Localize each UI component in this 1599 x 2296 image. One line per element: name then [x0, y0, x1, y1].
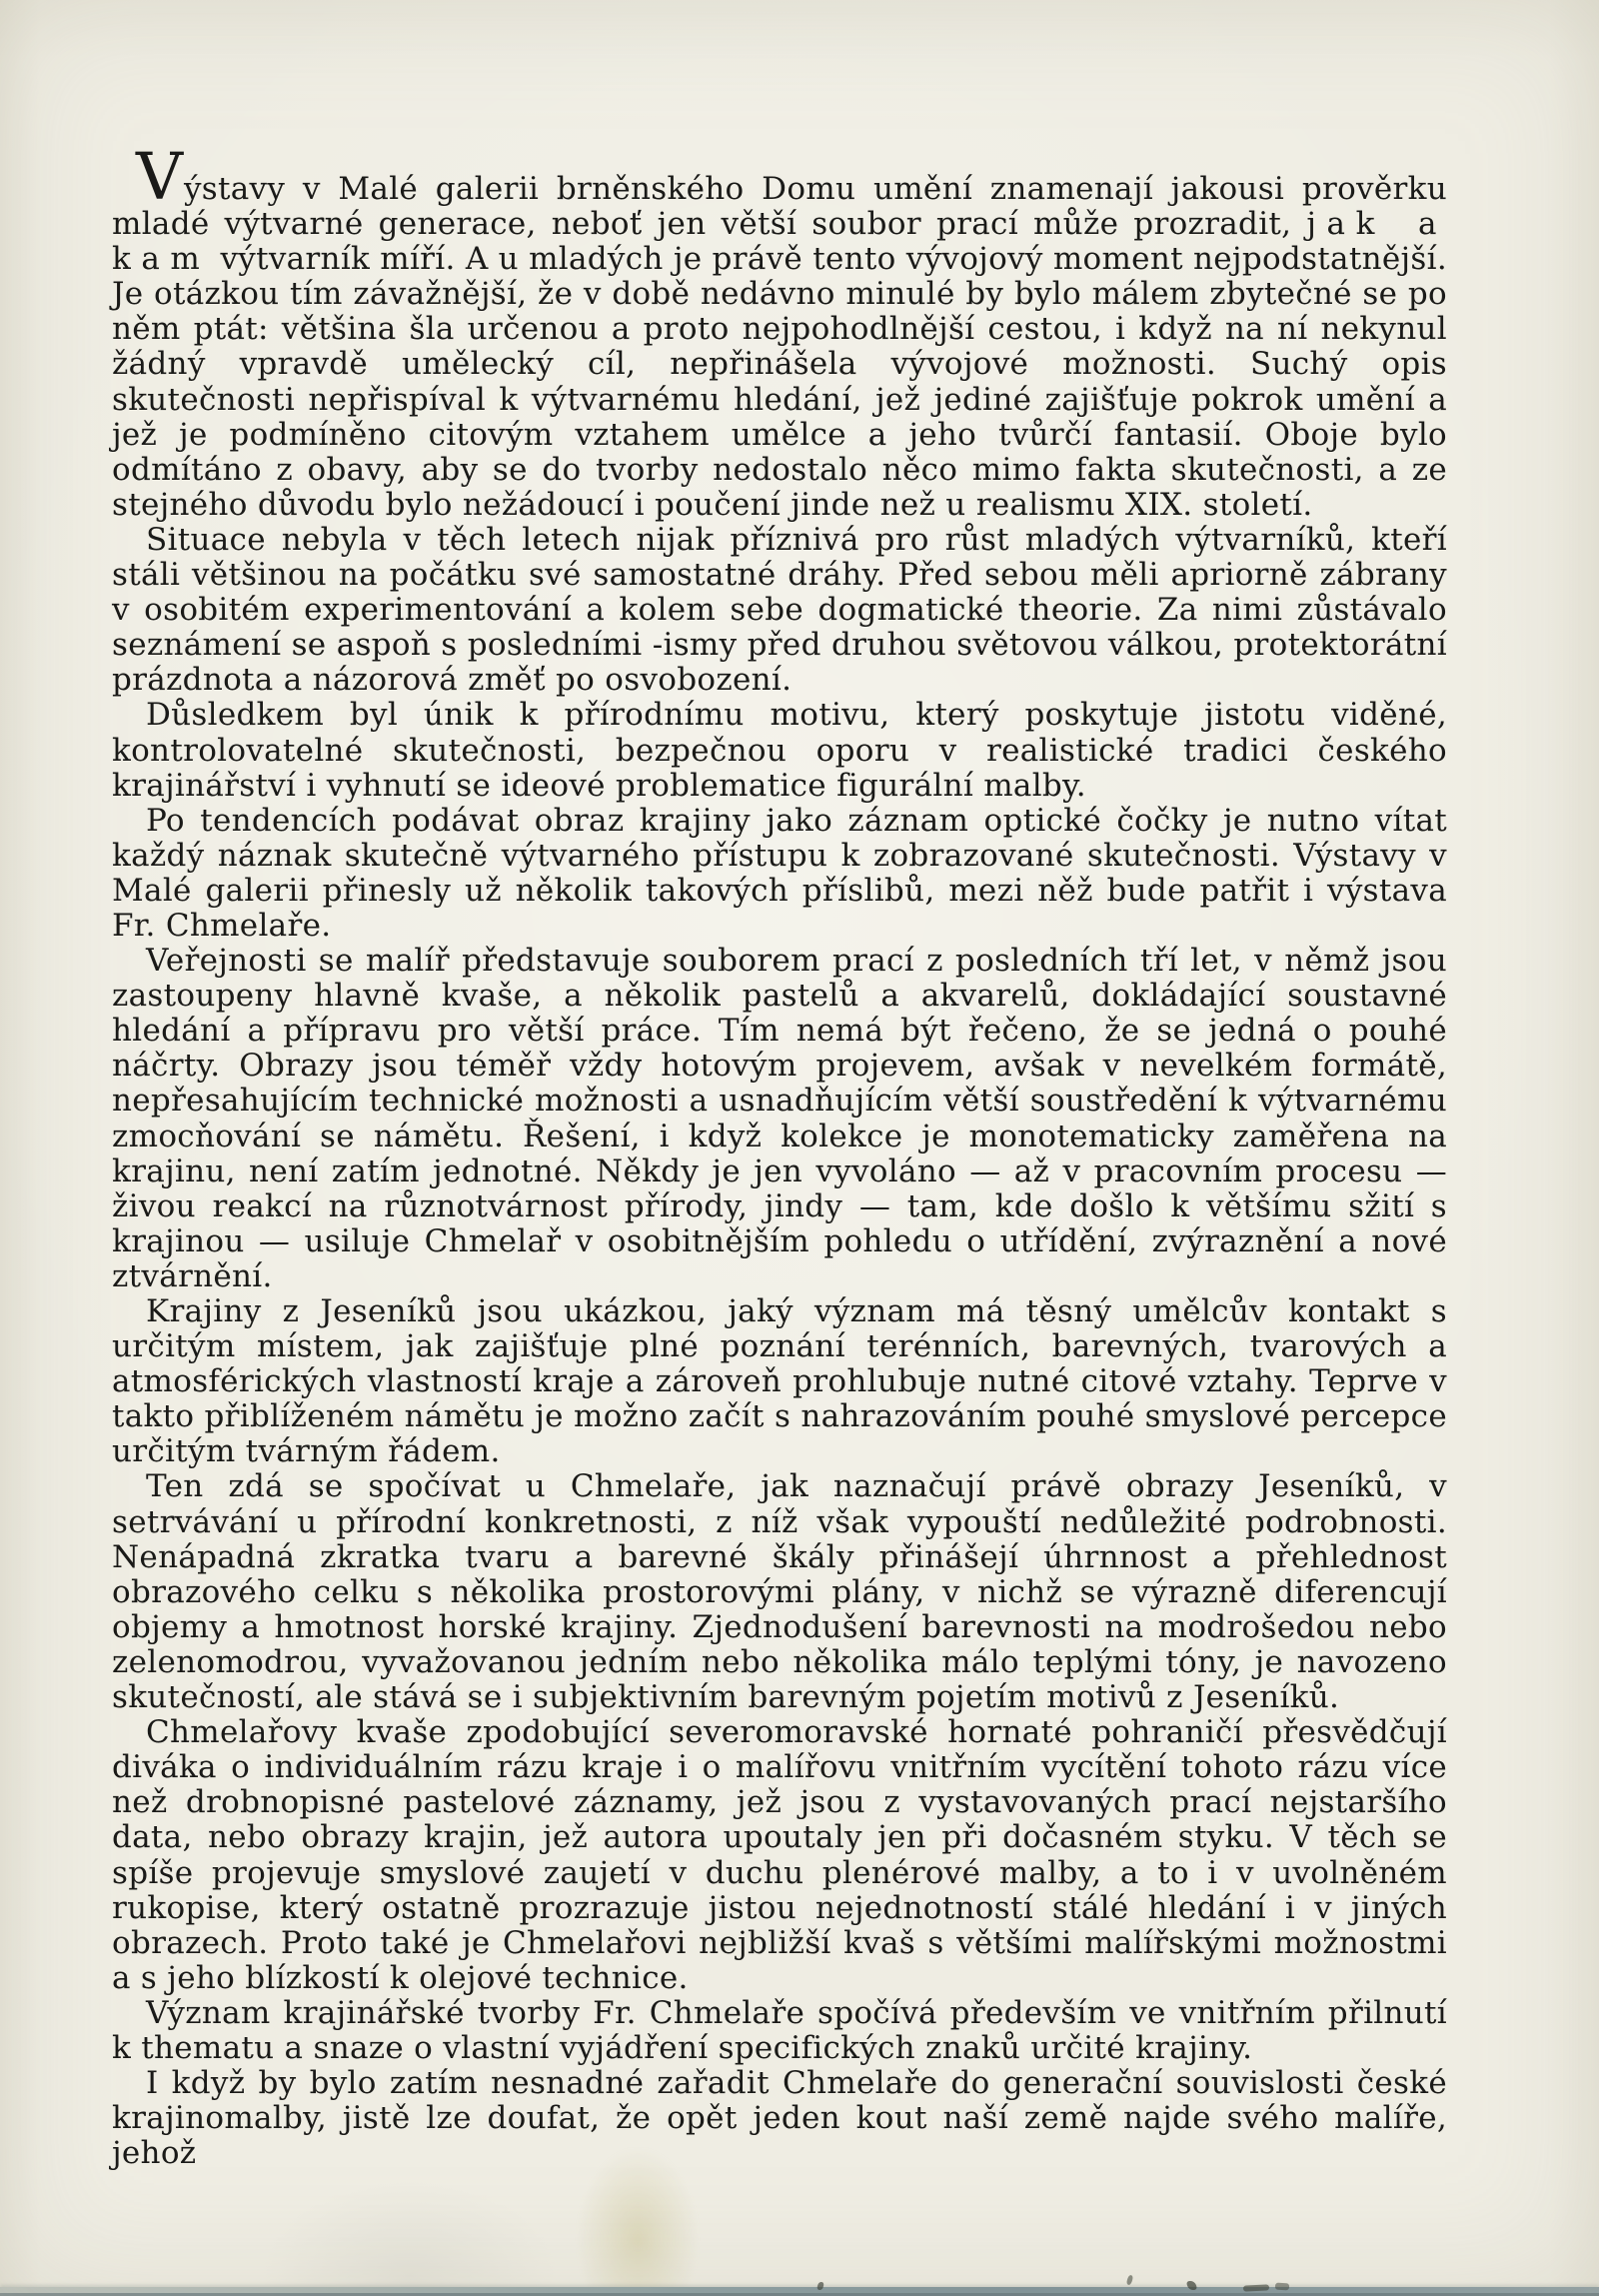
paragraph: Situace nebyla v těch letech nijak přízn…: [112, 523, 1447, 698]
paragraph: Ten zdá se spočívat u Chmelaře, jak nazn…: [112, 1469, 1447, 1715]
scanned-page: Výstavy v Malé galerii brněnského Domu u…: [0, 0, 1599, 2296]
paragraph-text: výtvarník míří. A u mladých je právě ten…: [112, 241, 1447, 523]
scan-speck: [1126, 2274, 1134, 2285]
paragraph: Po tendencích podávat obraz krajiny jako…: [112, 804, 1447, 944]
paper-shading: [260, 2179, 560, 2296]
paragraph-text: ýstavy v Malé galerii brněnského Domu um…: [112, 171, 1447, 242]
paragraph-opening: Výstavy v Malé galerii brněnského Domu u…: [112, 172, 1447, 523]
article-text: Výstavy v Malé galerii brněnského Domu u…: [112, 172, 1447, 2171]
initial-capital: V: [136, 140, 184, 215]
paragraph: Důsledkem byl únik k přírodnímu motivu, …: [112, 698, 1447, 803]
paragraph: Krajiny z Jeseníků jsou ukázkou, jaký vý…: [112, 1294, 1447, 1469]
paragraph: Význam krajinářské tvorby Fr. Chmelaře s…: [112, 1996, 1447, 2066]
paragraph: Chmelařovy kvaše zpodobující severomorav…: [112, 1715, 1447, 1996]
paragraph: I když by bylo zatím nesnadné zařadit Ch…: [112, 2066, 1447, 2171]
paragraph: Veřejnosti se malíř představuje souborem…: [112, 944, 1447, 1294]
